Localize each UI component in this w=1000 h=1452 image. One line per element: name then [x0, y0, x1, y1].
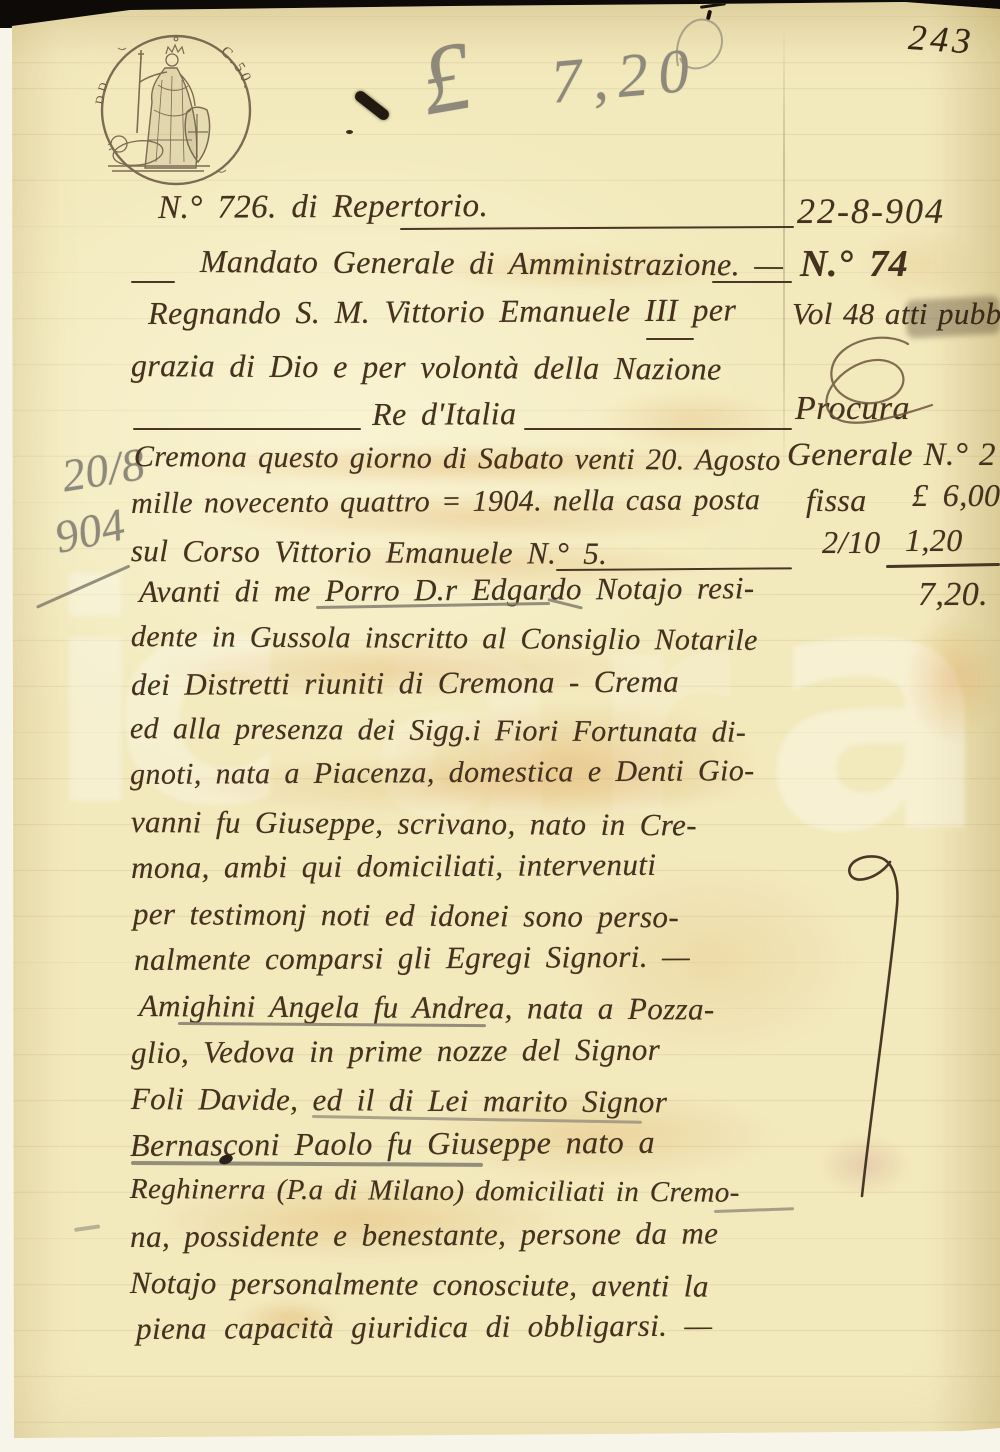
page-number: 243	[907, 16, 976, 63]
margin-date-year: 904	[50, 497, 130, 563]
ink-dash	[131, 281, 175, 283]
pencil-total-amount: 7,20	[548, 35, 702, 119]
diagonal-pen-stroke	[849, 856, 897, 1196]
handwritten-line: Reghinerra (P.a di Milano) domiciliati i…	[130, 1173, 740, 1210]
registry-date: 22-8-904	[797, 190, 945, 232]
handwritten-line: per testimonj noti ed idonei sono perso-	[133, 896, 679, 935]
document-page: icara	[0, 0, 1000, 1452]
svg-text:DD: DD	[92, 77, 112, 106]
pencil-margin-tick	[74, 1224, 100, 1232]
handwritten-line: glio, Vedova in prime nozze del Signor	[131, 1032, 660, 1071]
handwritten-line: Regnando S. M. Vittorio Emanuele III per	[148, 291, 736, 332]
handwritten-line: dente in Gussola inscritto al Consiglio …	[131, 620, 758, 658]
fee-fixed-value: £ 6,00	[912, 477, 1000, 514]
fee-total-rule	[886, 563, 1000, 568]
handwritten-line: mille novecento quattro = 1904. nella ca…	[131, 483, 760, 521]
handwritten-line: N.° 726. di Repertorio.	[158, 188, 488, 227]
svg-text:C.50.: C.50.	[217, 44, 257, 93]
fee-total: 7,20.	[918, 576, 988, 614]
registry-procura-label: Procura	[795, 390, 910, 428]
handwritten-line: piena capacità giuridica di obbligarsi. …	[136, 1307, 713, 1347]
stamp-side-marks: DD	[92, 77, 112, 106]
fee-surtax-value: 1,20	[905, 522, 963, 559]
handwritten-line: mona, ambi qui domiciliati, intervenuti	[131, 847, 656, 886]
ink-dash	[712, 281, 792, 283]
ink-blot	[353, 89, 391, 122]
ink-scribble	[706, 10, 712, 21]
handwritten-line: sul Corso Vittorio Emanuele N.° 5.	[131, 533, 608, 572]
handwritten-line: grazia di Dio e per volontà della Nazion…	[131, 347, 722, 388]
pencil-underline-bernasconi	[131, 1161, 483, 1167]
handwritten-line: Cremona questo giorno di Sabato venti 20…	[134, 440, 781, 478]
handwritten-line: gnoti, nata a Piacenza, domestica e Dent…	[130, 754, 755, 792]
ink-blot	[346, 130, 353, 134]
ink-rule-left	[133, 428, 361, 430]
handwritten-line: ed alla presenza dei Sigg.i Fiori Fortun…	[130, 712, 747, 750]
handwritten-line: Notajo personalmente conosciute, aventi …	[130, 1265, 709, 1305]
revenue-stamp-seal: C.50. DD	[88, 30, 268, 195]
ink-underline-numeral	[646, 338, 694, 340]
pencil-currency-symbol: £	[412, 19, 480, 138]
handwritten-line: dei Distretti riuniti di Cremona - Crema	[131, 664, 679, 703]
fee-surtax-label: 2/10	[822, 524, 881, 561]
ink-rule-right	[524, 428, 792, 430]
pencil-smudge	[820, 1135, 910, 1195]
paper-stain	[600, 390, 780, 450]
handwritten-line: Re d'Italia	[372, 395, 517, 433]
handwritten-line: na, possidente e benestante, persone da …	[130, 1215, 719, 1255]
handwritten-line: Mandato Generale di Amministrazione. —	[200, 243, 784, 284]
registry-procura-type: Generale N.° 2	[787, 437, 996, 474]
paper-stain	[905, 615, 1000, 745]
registry-volume-blot	[905, 296, 1000, 339]
handwritten-line: nalmente comparsi gli Egregi Signori. —	[134, 939, 690, 978]
ink-underline	[400, 226, 794, 230]
handwritten-line: Bernasconi Paolo fu Giuseppe nato a	[130, 1124, 655, 1164]
registry-protocol-number: N.° 74	[800, 242, 908, 286]
handwritten-line: vanni fu Giuseppe, scrivano, nato in Cre…	[131, 804, 697, 843]
stamp-denomination: C.50.	[217, 44, 257, 93]
margin-pencil-slash	[36, 565, 130, 609]
handwritten-line: Foli Davide, ed il di Lei marito Signor	[131, 1081, 668, 1120]
fee-fixed-label: fissa	[806, 482, 867, 519]
